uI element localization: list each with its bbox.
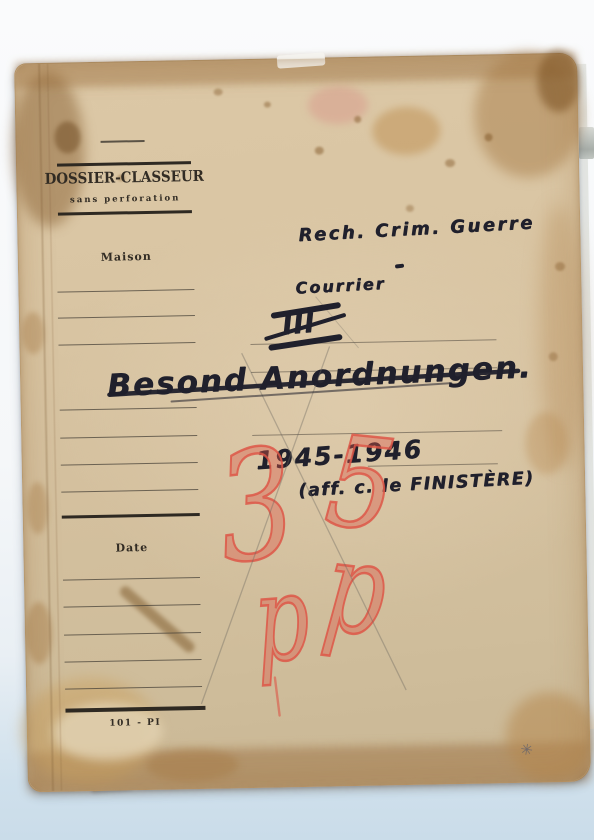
crossed-out-title: Besond Anordnungen.: [107, 349, 534, 404]
stain: [214, 88, 223, 95]
stain: [555, 262, 565, 271]
ruled-line: [63, 604, 200, 608]
stain: [308, 86, 369, 125]
ruled-line: [64, 632, 201, 636]
scanned-photo: { "photo": { "label_plate": { "title": "…: [0, 0, 594, 840]
stain: [354, 116, 361, 123]
plate-title: DOSSIER-CLASSEUR: [44, 167, 205, 188]
ruled-line: [65, 686, 202, 690]
maison-label: Maison: [49, 249, 204, 265]
pencil-asterisk: ✳: [519, 740, 534, 760]
stain: [118, 584, 197, 655]
stain: [21, 677, 158, 785]
short-rule: [101, 140, 145, 143]
stain: [549, 352, 558, 361]
date-label: Date: [54, 540, 209, 556]
stain: [505, 691, 594, 781]
ruled-line: [63, 577, 200, 581]
stain: [484, 133, 492, 141]
stain: [54, 121, 81, 153]
separator-rule: [62, 513, 200, 519]
ruled-line: [57, 289, 194, 293]
stain: [372, 106, 441, 155]
stain: [445, 159, 455, 167]
bottom-rule: [65, 706, 205, 712]
stain: [406, 205, 414, 212]
folder-cover: DOSSIER-CLASSEUR sans perforation Maison…: [14, 53, 591, 793]
ruled-line: [60, 435, 197, 439]
ruled-line: [61, 462, 198, 466]
plate-rule-bottom: [58, 210, 192, 216]
plate-rule-top: [57, 161, 191, 167]
gray-clip-tab: [579, 127, 594, 159]
ref-code: 101 - PI: [58, 717, 213, 730]
stain: [28, 742, 590, 793]
red-crayon-letter-p: p: [250, 558, 313, 680]
crossed-out-numeral: III: [281, 308, 317, 342]
ruled-line: [60, 407, 197, 411]
stain: [15, 52, 576, 89]
stain: [315, 147, 324, 155]
plate-subtitle: sans perforation: [48, 193, 203, 206]
stain: [146, 748, 239, 782]
ruled-line: [58, 342, 195, 346]
stain: [537, 50, 580, 113]
stain: [473, 52, 583, 179]
handwriting-subject: Courrier: [295, 274, 386, 298]
stain: [525, 412, 568, 475]
ruled-line: [65, 659, 202, 663]
stain: [277, 52, 326, 68]
handwriting-header: Rech. Crim. Guerre: [298, 212, 535, 246]
ink-dash: [395, 264, 404, 269]
ruled-line: [61, 489, 198, 493]
ruled-line: [58, 315, 195, 319]
stain: [264, 102, 271, 108]
stain: [536, 204, 587, 470]
